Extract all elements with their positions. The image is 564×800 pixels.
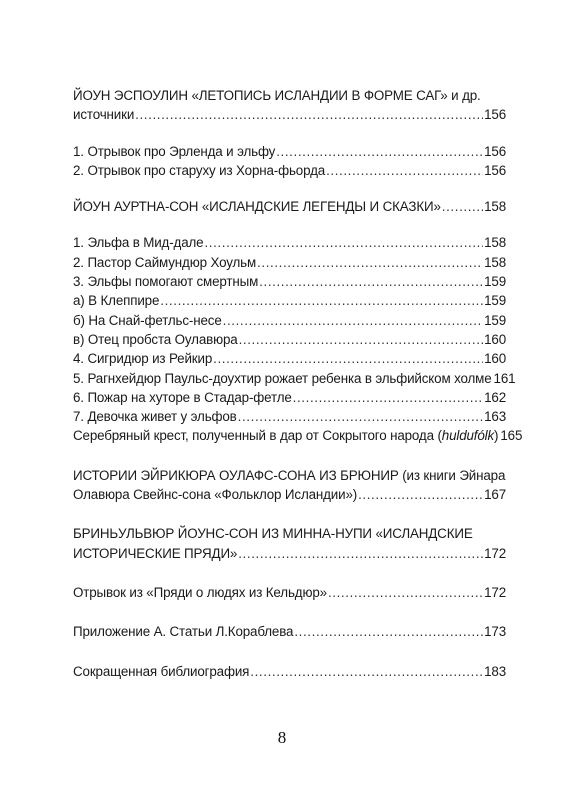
- toc-entry[interactable]: а) В Клеппире159: [73, 291, 506, 310]
- toc-entry-title: Отрывок из «Пряди о людях из Кельдюр»: [73, 583, 327, 602]
- toc-entry-title: Серебряный крест, полученный в дар от Со…: [73, 426, 498, 445]
- toc-entry-title: Приложение А. Статьи Л.Кораблева: [73, 622, 293, 641]
- toc-entry-title: 5. Рагнхейдюр Паульс-доухтир рожает ребе…: [73, 369, 492, 388]
- toc-entry[interactable]: в) Отец пробста Оулавюра160: [73, 330, 506, 349]
- dot-leader: [135, 105, 483, 124]
- toc-page-number: 158: [484, 253, 506, 272]
- dot-leader: [442, 197, 483, 216]
- dot-leader: [294, 622, 483, 641]
- toc-page-number: 161: [494, 369, 516, 388]
- toc-page-number: 160: [484, 349, 506, 368]
- dot-leader: [250, 662, 483, 681]
- toc-page-number: 173: [484, 622, 506, 641]
- dot-leader: [213, 349, 483, 368]
- toc-entry-title: 2. Отрывок про старуху из Хорна-фьорда: [73, 161, 325, 180]
- toc-entry[interactable]: 5. Рагнхейдюр Паульс-доухтир рожает ребе…: [73, 369, 506, 388]
- toc-entry-title: 6. Пожар на хуторе в Стадар-фетле: [73, 388, 292, 407]
- toc-entry-title: 2. Пастор Саймундюр Хоульм: [73, 253, 256, 272]
- dot-leader: [239, 330, 484, 349]
- toc-entry[interactable]: 1. Эльфа в Мид-дале158: [73, 233, 506, 252]
- dot-leader: [326, 161, 483, 180]
- toc-entry[interactable]: Серебряный крест, полученный в дар от Со…: [73, 426, 506, 445]
- dot-leader: [204, 233, 483, 252]
- dot-leader: [238, 407, 483, 426]
- toc-entry-title: б) На Снай-фетльс-несе: [73, 311, 222, 330]
- toc-heading-espolin[interactable]: источники 156: [73, 105, 506, 124]
- toc-page-number: 165: [500, 426, 522, 445]
- toc-entry-title: в) Отец пробста Оулавюра: [73, 330, 238, 349]
- dot-leader: [276, 142, 483, 161]
- toc-entry[interactable]: 3. Эльфы помогают смертным159: [73, 272, 506, 291]
- toc-heading-eirikur[interactable]: Олавюра Свейнс-сона «Фольклор Исландии»)…: [73, 485, 506, 504]
- toc-heading-text: ЙОУН АУРТНА-СОН «ИСЛАНДСКИЕ ЛЕГЕНДЫ И СК…: [73, 197, 441, 216]
- dot-leader: [223, 311, 483, 330]
- dot-leader: [358, 485, 483, 504]
- page-number: 8: [0, 728, 564, 748]
- toc-entry[interactable]: 1. Отрывок про Эрленда и эльфу 156: [73, 142, 506, 161]
- toc-page-number: 156: [484, 161, 506, 180]
- toc-heading-eirikur-line1: ИСТОРИИ ЭЙРИКЮРА ОУЛАФС-СОНА ИЗ БРЮНИР (…: [73, 466, 506, 485]
- toc-entry-title: 4. Сигридюр из Рейкир: [73, 349, 212, 368]
- dot-leader: [259, 272, 483, 291]
- toc-page-number: 159: [484, 291, 506, 310]
- toc-page-number: 167: [484, 485, 506, 504]
- toc-heading-text: источники: [73, 105, 134, 124]
- toc-entry[interactable]: б) На Снай-фетльс-несе159: [73, 311, 506, 330]
- toc-entry-title: 7. Девочка живет у эльфов: [73, 407, 237, 426]
- dot-leader: [238, 544, 483, 563]
- toc-entry-title: Сокращенная библиография: [73, 662, 249, 681]
- toc-page-number: 172: [484, 544, 506, 563]
- toc-page-number: 162: [484, 388, 506, 407]
- toc-page-number: 158: [484, 233, 506, 252]
- toc-heading-brynjolfur-line1: БРИНЬУЛЬВЮР ЙОУНС-СОН ИЗ МИННА-НУПИ «ИСЛ…: [73, 524, 506, 543]
- toc-entry[interactable]: 6. Пожар на хуторе в Стадар-фетле162: [73, 388, 506, 407]
- toc-entry[interactable]: 4. Сигридюр из Рейкир160: [73, 349, 506, 368]
- toc-entry-title: а) В Клеппире: [73, 291, 159, 310]
- dot-leader: [293, 388, 483, 407]
- toc-page-number: 156: [484, 105, 506, 124]
- toc-page-number: 163: [484, 407, 506, 426]
- toc-heading-text: Олавюра Свейнс-сона «Фольклор Исландии»): [73, 485, 357, 504]
- toc-heading-text: ИСТОРИЧЕСКИЕ ПРЯДИ»: [73, 544, 237, 563]
- toc-entry-bibliography[interactable]: Сокращенная библиография 183: [73, 662, 506, 681]
- toc-page-number: 160: [484, 330, 506, 349]
- toc-entry-title: 3. Эльфы помогают смертным: [73, 272, 258, 291]
- toc-heading-arnason[interactable]: ЙОУН АУРТНА-СОН «ИСЛАНДСКИЕ ЛЕГЕНДЫ И СК…: [73, 197, 506, 216]
- toc-entry-title: 1. Отрывок про Эрленда и эльфу: [73, 142, 275, 161]
- toc-page-number: 156: [484, 142, 506, 161]
- toc-page-number: 172: [484, 583, 506, 602]
- toc-entry[interactable]: 7. Девочка живет у эльфов163: [73, 407, 506, 426]
- dot-leader: [328, 583, 483, 602]
- toc-page-number: 159: [484, 311, 506, 330]
- toc-page-number: 183: [484, 662, 506, 681]
- toc-entry[interactable]: 2. Пастор Саймундюр Хоульм158: [73, 253, 506, 272]
- toc-entry-appendix-a[interactable]: Приложение А. Статьи Л.Кораблева 173: [73, 622, 506, 641]
- italic-term: huldufólk: [442, 428, 494, 443]
- toc-heading-espolin-line1: ЙОУН ЭСПОУЛИН «ЛЕТОПИСЬ ИСЛАНДИИ В ФОРМЕ…: [73, 86, 506, 105]
- toc-page-number: 158: [484, 197, 506, 216]
- toc-heading-brynjolfur[interactable]: ИСТОРИЧЕСКИЕ ПРЯДИ» 172: [73, 544, 506, 563]
- toc-entry-title: 1. Эльфа в Мид-дале: [73, 233, 203, 252]
- toc-entry-keldur[interactable]: Отрывок из «Пряди о людях из Кельдюр» 17…: [73, 583, 506, 602]
- table-of-contents: ЙОУН ЭСПОУЛИН «ЛЕТОПИСЬ ИСЛАНДИИ В ФОРМЕ…: [73, 86, 506, 681]
- toc-entry[interactable]: 2. Отрывок про старуху из Хорна-фьорда 1…: [73, 161, 506, 180]
- toc-page-number: 159: [484, 272, 506, 291]
- dot-leader: [257, 253, 483, 272]
- dot-leader: [160, 291, 483, 310]
